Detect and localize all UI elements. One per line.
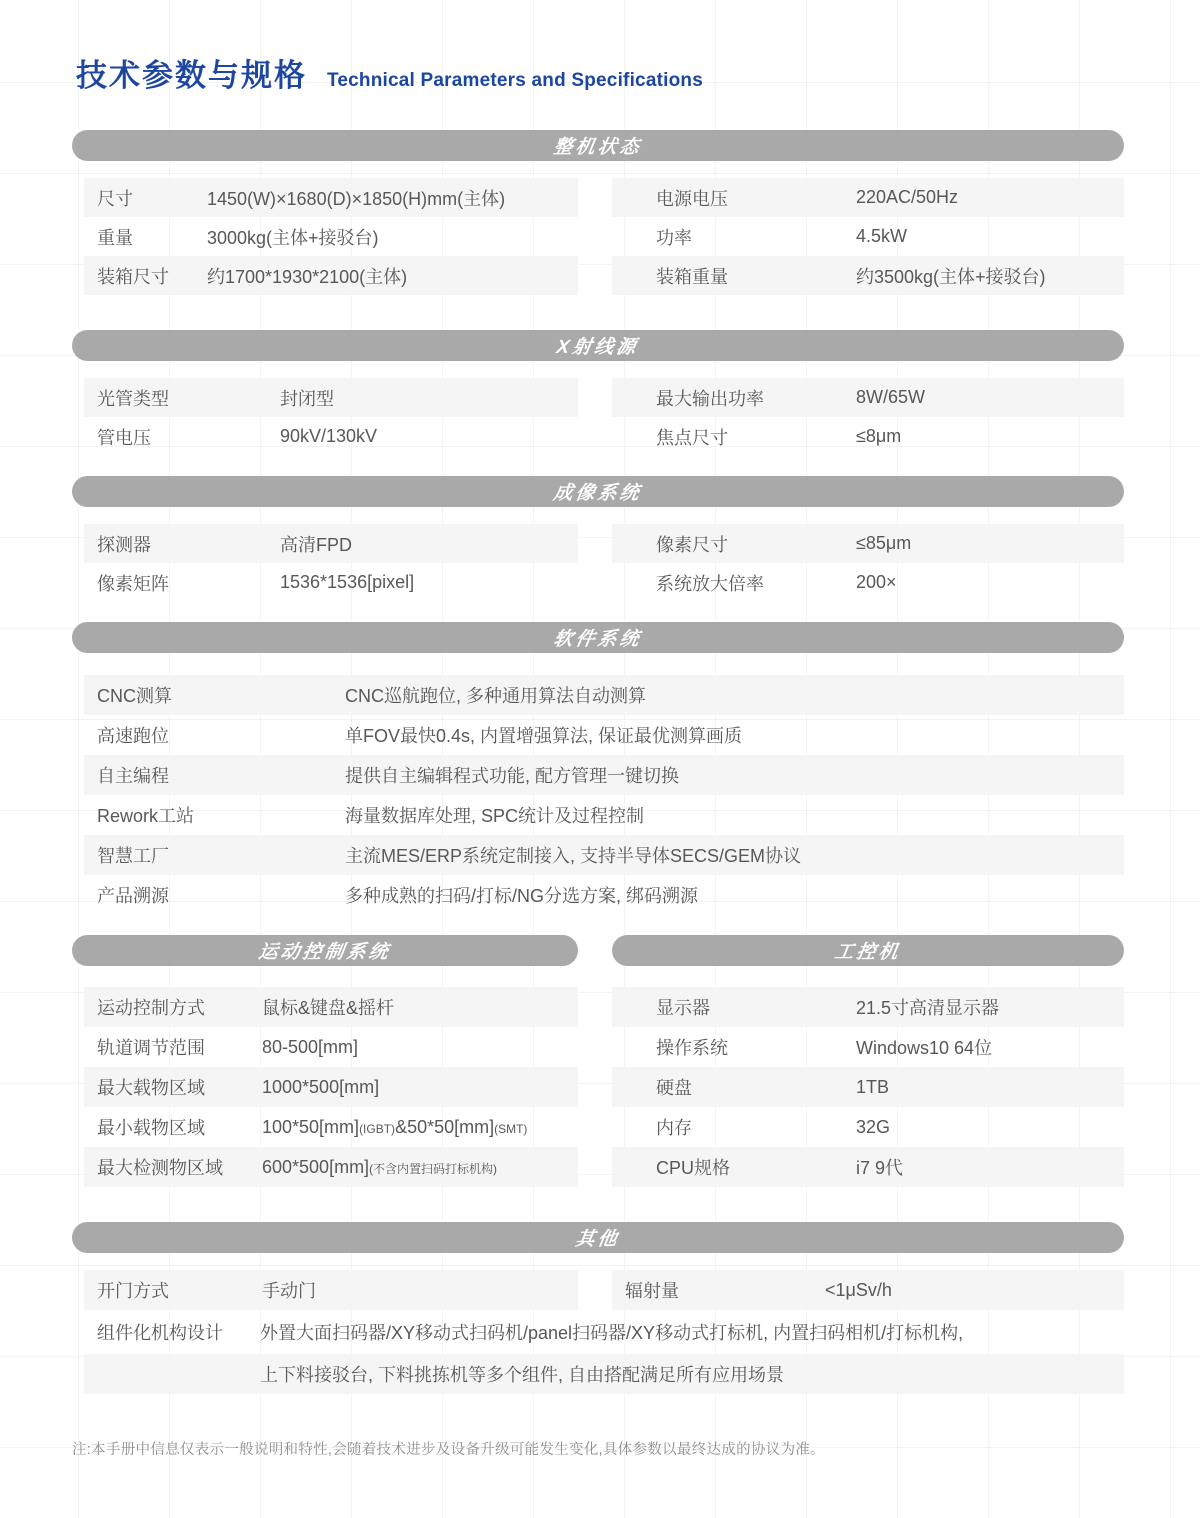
spec-row-smart-factory: 智慧工厂 主流MES/ERP系统定制接入, 支持半导体SECS/GEM协议 bbox=[84, 835, 1124, 875]
section-header-xray-source: X射线源 bbox=[72, 330, 1124, 361]
spec-row-power: 功率 4.5kW bbox=[612, 217, 1124, 256]
page-title: 技术参数与规格 Technical Parameters and Specifi… bbox=[76, 50, 703, 95]
spec-label: 操作系统 bbox=[656, 1034, 856, 1060]
spec-value: 200× bbox=[856, 572, 897, 593]
spec-row-memory: 内存 32G bbox=[612, 1107, 1124, 1147]
spec-value: 封闭型 bbox=[280, 385, 334, 411]
xray-left-column: 光管类型 封闭型 管电压 90kV/130kV bbox=[84, 378, 578, 456]
spec-row-door-mode: 开门方式 手动门 bbox=[84, 1270, 578, 1310]
spec-value: 1450(W)×1680(D)×1850(H)mm(主体) bbox=[207, 185, 505, 211]
spec-label: 像素尺寸 bbox=[656, 531, 856, 557]
spec-value: Windows10 64位 bbox=[856, 1034, 992, 1060]
spec-label: 最大输出功率 bbox=[656, 385, 856, 411]
spec-row-programming: 自主编程 提供自主编辑程式功能, 配方管理一键切换 bbox=[84, 755, 1124, 795]
xray-right-column: 最大输出功率 8W/65W 焦点尺寸 ≤8μm bbox=[612, 378, 1124, 456]
spec-row-min-load-area: 最小载物区域 100*50[mm](IGBT)&50*50[mm](SMT) bbox=[84, 1107, 578, 1147]
spec-label: 像素矩阵 bbox=[97, 570, 280, 596]
spec-value: 600*500[mm](不含内置扫码打标机构) bbox=[262, 1157, 497, 1178]
spec-row-pixel-size: 像素尺寸 ≤85μm bbox=[612, 524, 1124, 563]
spec-label: 管电压 bbox=[97, 424, 280, 450]
section-header-others: 其他 bbox=[72, 1222, 1124, 1253]
column-gap bbox=[578, 935, 612, 966]
spec-label: 光管类型 bbox=[97, 385, 280, 411]
section-header-industrial-pc: 工控机 bbox=[612, 935, 1124, 966]
section-header-label: 工控机 bbox=[833, 937, 903, 964]
column-gap bbox=[578, 987, 612, 1187]
spec-row-cpu: CPU规格 i7 9代 bbox=[612, 1147, 1124, 1187]
spec-value: 单FOV最快0.4s, 内置增强算法, 保证最优测算画质 bbox=[345, 722, 742, 748]
section-others: 其他 开门方式 手动门 辐射量 <1μSv/h 组件化机构设计 外置大面 bbox=[72, 1222, 1124, 1394]
section-header-label: 运动控制系统 bbox=[257, 937, 393, 964]
machine-status-left-column: 尺寸 1450(W)×1680(D)×1850(H)mm(主体) 重量 3000… bbox=[84, 178, 578, 295]
spec-label: 重量 bbox=[97, 224, 207, 250]
spec-row-traceability: 产品溯源 多种成熟的扫码/打标/NG分选方案, 绑码溯源 bbox=[84, 875, 1124, 915]
spec-value: 海量数据库处理, SPC统计及过程控制 bbox=[345, 802, 644, 828]
spec-value: 4.5kW bbox=[856, 226, 907, 247]
section-imaging-system: 成像系统 探测器 高清FPD 像素矩阵 1536*1536[pixel] bbox=[72, 476, 1124, 602]
spec-value: 1536*1536[pixel] bbox=[280, 572, 414, 593]
software-system-rows: CNC测算 CNC巡航跑位, 多种通用算法自动测算 高速跑位 单FOV最快0.4… bbox=[84, 675, 1124, 915]
spec-row-harddisk: 硬盘 1TB bbox=[612, 1067, 1124, 1107]
spec-value: 高清FPD bbox=[280, 531, 352, 557]
imaging-right-column: 像素尺寸 ≤85μm 系统放大倍率 200× bbox=[612, 524, 1124, 602]
spec-label: 最大检测物区域 bbox=[97, 1154, 262, 1180]
imaging-left-column: 探测器 高清FPD 像素矩阵 1536*1536[pixel] bbox=[84, 524, 578, 602]
spec-label: 轨道调节范围 bbox=[97, 1034, 262, 1060]
spec-value: 80-500[mm] bbox=[262, 1037, 358, 1058]
spec-value: 90kV/130kV bbox=[280, 426, 377, 447]
spec-row-radiation: 辐射量 <1μSv/h bbox=[612, 1270, 1124, 1310]
section-xray-source: X射线源 光管类型 封闭型 管电压 90kV/130kV 最大输出功率 bbox=[72, 330, 1124, 456]
section-header-imaging-system: 成像系统 bbox=[72, 476, 1124, 507]
spec-value: 100*50[mm](IGBT)&50*50[mm](SMT) bbox=[262, 1117, 527, 1138]
spec-row-detector: 探测器 高清FPD bbox=[84, 524, 578, 563]
spec-row-max-inspect-area: 最大检测物区域 600*500[mm](不含内置扫码打标机构) bbox=[84, 1147, 578, 1187]
spec-row-rail-range: 轨道调节范围 80-500[mm] bbox=[84, 1027, 578, 1067]
spec-page: 技术参数与规格 Technical Parameters and Specifi… bbox=[0, 0, 1200, 1518]
spec-value: 约3500kg(主体+接驳台) bbox=[856, 263, 1046, 289]
page-title-zh: 技术参数与规格 bbox=[76, 50, 307, 95]
column-gap bbox=[578, 524, 612, 602]
spec-label: 功率 bbox=[656, 224, 856, 250]
imaging-system-rows: 探测器 高清FPD 像素矩阵 1536*1536[pixel] 像素尺寸 ≤85… bbox=[84, 524, 1124, 602]
section-header-software-system: 软件系统 bbox=[72, 622, 1124, 653]
spec-label: 探测器 bbox=[97, 531, 280, 557]
spec-row-modular-design: 组件化机构设计 外置大面扫码器/XY移动式扫码机/panel扫码器/XY移动式打… bbox=[84, 1312, 1124, 1352]
spec-row-pixel-matrix: 像素矩阵 1536*1536[pixel] bbox=[84, 563, 578, 602]
spec-value: <1μSv/h bbox=[825, 1280, 892, 1301]
section-machine-status: 整机状态 尺寸 1450(W)×1680(D)×1850(H)mm(主体) 重量… bbox=[72, 130, 1124, 295]
spec-value: i7 9代 bbox=[856, 1154, 903, 1180]
machine-status-rows: 尺寸 1450(W)×1680(D)×1850(H)mm(主体) 重量 3000… bbox=[84, 178, 1124, 295]
xray-source-rows: 光管类型 封闭型 管电压 90kV/130kV 最大输出功率 8W/65W bbox=[84, 378, 1124, 456]
spec-value: 约1700*1930*2100(主体) bbox=[207, 263, 407, 289]
spec-value: 1000*500[mm] bbox=[262, 1077, 379, 1098]
spec-label: 高速跑位 bbox=[97, 722, 345, 748]
spec-label: CPU规格 bbox=[656, 1154, 856, 1180]
spec-value: 21.5寸高清显示器 bbox=[856, 994, 999, 1020]
spec-row-control-mode: 运动控制方式 鼠标&键盘&摇杆 bbox=[84, 987, 578, 1027]
spec-label: 尺寸 bbox=[97, 185, 207, 211]
spec-row-packing-size: 装箱尺寸 约1700*1930*2100(主体) bbox=[84, 256, 578, 295]
spec-label: 智慧工厂 bbox=[97, 842, 345, 868]
spec-row-dimensions: 尺寸 1450(W)×1680(D)×1850(H)mm(主体) bbox=[84, 178, 578, 217]
spec-row-display: 显示器 21.5寸高清显示器 bbox=[612, 987, 1124, 1027]
spec-row-magnification: 系统放大倍率 200× bbox=[612, 563, 1124, 602]
section-software-system: 软件系统 CNC测算 CNC巡航跑位, 多种通用算法自动测算 高速跑位 单FOV… bbox=[72, 622, 1124, 915]
industrial-pc-column: 显示器 21.5寸高清显示器 操作系统 Windows10 64位 硬盘 1TB… bbox=[612, 987, 1124, 1187]
column-gap bbox=[578, 1270, 612, 1310]
section-motion-and-pc: 运动控制系统 工控机 运动控制方式 鼠标&键盘&摇杆 轨道调节范围 80-500… bbox=[72, 935, 1124, 1187]
spec-row-highspeed: 高速跑位 单FOV最快0.4s, 内置增强算法, 保证最优测算画质 bbox=[84, 715, 1124, 755]
spec-value: 3000kg(主体+接驳台) bbox=[207, 224, 379, 250]
spec-label: 最小载物区域 bbox=[97, 1114, 262, 1140]
spec-label: 电源电压 bbox=[656, 185, 856, 211]
spec-label: Rework工站 bbox=[97, 802, 345, 828]
spec-label: 装箱尺寸 bbox=[97, 263, 207, 289]
spec-row-max-load-area: 最大载物区域 1000*500[mm] bbox=[84, 1067, 578, 1107]
spec-label: 组件化机构设计 bbox=[97, 1319, 260, 1345]
section-header-label: 成像系统 bbox=[552, 478, 644, 505]
spec-label: 最大载物区域 bbox=[97, 1074, 262, 1100]
spec-label: 辐射量 bbox=[625, 1277, 825, 1303]
page-title-en: Technical Parameters and Specifications bbox=[327, 70, 703, 92]
spec-label: 装箱重量 bbox=[656, 263, 856, 289]
spec-row-os: 操作系统 Windows10 64位 bbox=[612, 1027, 1124, 1067]
spec-row-packing-weight: 装箱重量 约3500kg(主体+接驳台) bbox=[612, 256, 1124, 295]
spec-label: 内存 bbox=[656, 1114, 856, 1140]
spec-label: 产品溯源 bbox=[97, 882, 345, 908]
spec-label: 自主编程 bbox=[97, 762, 345, 788]
machine-status-right-column: 电源电压 220AC/50Hz 功率 4.5kW 装箱重量 约3500kg(主体… bbox=[612, 178, 1124, 295]
spec-value: 1TB bbox=[856, 1077, 889, 1098]
motion-pc-rows: 运动控制方式 鼠标&键盘&摇杆 轨道调节范围 80-500[mm] 最大载物区域… bbox=[84, 987, 1124, 1187]
spec-label: 硬盘 bbox=[656, 1074, 856, 1100]
spec-label: 显示器 bbox=[656, 994, 856, 1020]
motion-pc-header-bars: 运动控制系统 工控机 bbox=[72, 935, 1124, 966]
spec-value: 主流MES/ERP系统定制接入, 支持半导体SECS/GEM协议 bbox=[345, 842, 801, 868]
section-header-label: X射线源 bbox=[555, 332, 641, 359]
spec-value: 外置大面扫码器/XY移动式扫码机/panel扫码器/XY移动式打标机, 内置扫码… bbox=[260, 1319, 963, 1345]
spec-row-cnc: CNC测算 CNC巡航跑位, 多种通用算法自动测算 bbox=[84, 675, 1124, 715]
page-content: 技术参数与规格 Technical Parameters and Specifi… bbox=[72, 0, 1124, 1518]
spec-row-voltage: 电源电压 220AC/50Hz bbox=[612, 178, 1124, 217]
section-header-machine-status: 整机状态 bbox=[72, 130, 1124, 161]
section-header-motion-control: 运动控制系统 bbox=[72, 935, 578, 966]
spec-row-tube-voltage: 管电压 90kV/130kV bbox=[84, 417, 578, 456]
section-header-label: 软件系统 bbox=[552, 624, 644, 651]
spec-value: ≤8μm bbox=[856, 426, 901, 447]
spec-value: 多种成熟的扫码/打标/NG分选方案, 绑码溯源 bbox=[345, 882, 698, 908]
others-rows: 开门方式 手动门 辐射量 <1μSv/h 组件化机构设计 外置大面扫码器/XY移… bbox=[72, 1270, 1124, 1394]
column-gap bbox=[578, 178, 612, 295]
spec-value: 220AC/50Hz bbox=[856, 187, 958, 208]
spec-row-weight: 重量 3000kg(主体+接驳台) bbox=[84, 217, 578, 256]
spec-value: 提供自主编辑程式功能, 配方管理一键切换 bbox=[345, 762, 679, 788]
spec-value: 手动门 bbox=[262, 1277, 316, 1303]
spec-label: 系统放大倍率 bbox=[656, 570, 856, 596]
spec-row-max-output-power: 最大输出功率 8W/65W bbox=[612, 378, 1124, 417]
spec-value: ≤85μm bbox=[856, 533, 911, 554]
spec-label: 运动控制方式 bbox=[97, 994, 262, 1020]
spec-label: 焦点尺寸 bbox=[656, 424, 856, 450]
spec-label: CNC测算 bbox=[97, 682, 345, 708]
column-gap bbox=[578, 378, 612, 456]
spec-value: 上下料接驳台, 下料挑拣机等多个组件, 自由搭配满足所有应用场景 bbox=[260, 1361, 784, 1387]
spec-value: 32G bbox=[856, 1117, 890, 1138]
spec-label: 开门方式 bbox=[97, 1277, 262, 1303]
spec-row-focal-size: 焦点尺寸 ≤8μm bbox=[612, 417, 1124, 456]
section-header-label: 其他 bbox=[574, 1224, 622, 1251]
spec-value: 8W/65W bbox=[856, 387, 925, 408]
spec-row-rework: Rework工站 海量数据库处理, SPC统计及过程控制 bbox=[84, 795, 1124, 835]
motion-control-column: 运动控制方式 鼠标&键盘&摇杆 轨道调节范围 80-500[mm] 最大载物区域… bbox=[84, 987, 578, 1187]
spec-value: 鼠标&键盘&摇杆 bbox=[262, 994, 394, 1020]
section-header-label: 整机状态 bbox=[552, 132, 644, 159]
spec-value: CNC巡航跑位, 多种通用算法自动测算 bbox=[345, 682, 646, 708]
footer-note: 注:本手册中信息仅表示一般说明和特性,会随着技术进步及设备升级可能发生变化,具体… bbox=[72, 1438, 1124, 1459]
spec-row-modular-design-cont: 上下料接驳台, 下料挑拣机等多个组件, 自由搭配满足所有应用场景 bbox=[84, 1354, 1124, 1394]
spec-row-tube-type: 光管类型 封闭型 bbox=[84, 378, 578, 417]
others-row-door-radiation: 开门方式 手动门 辐射量 <1μSv/h bbox=[84, 1270, 1124, 1310]
